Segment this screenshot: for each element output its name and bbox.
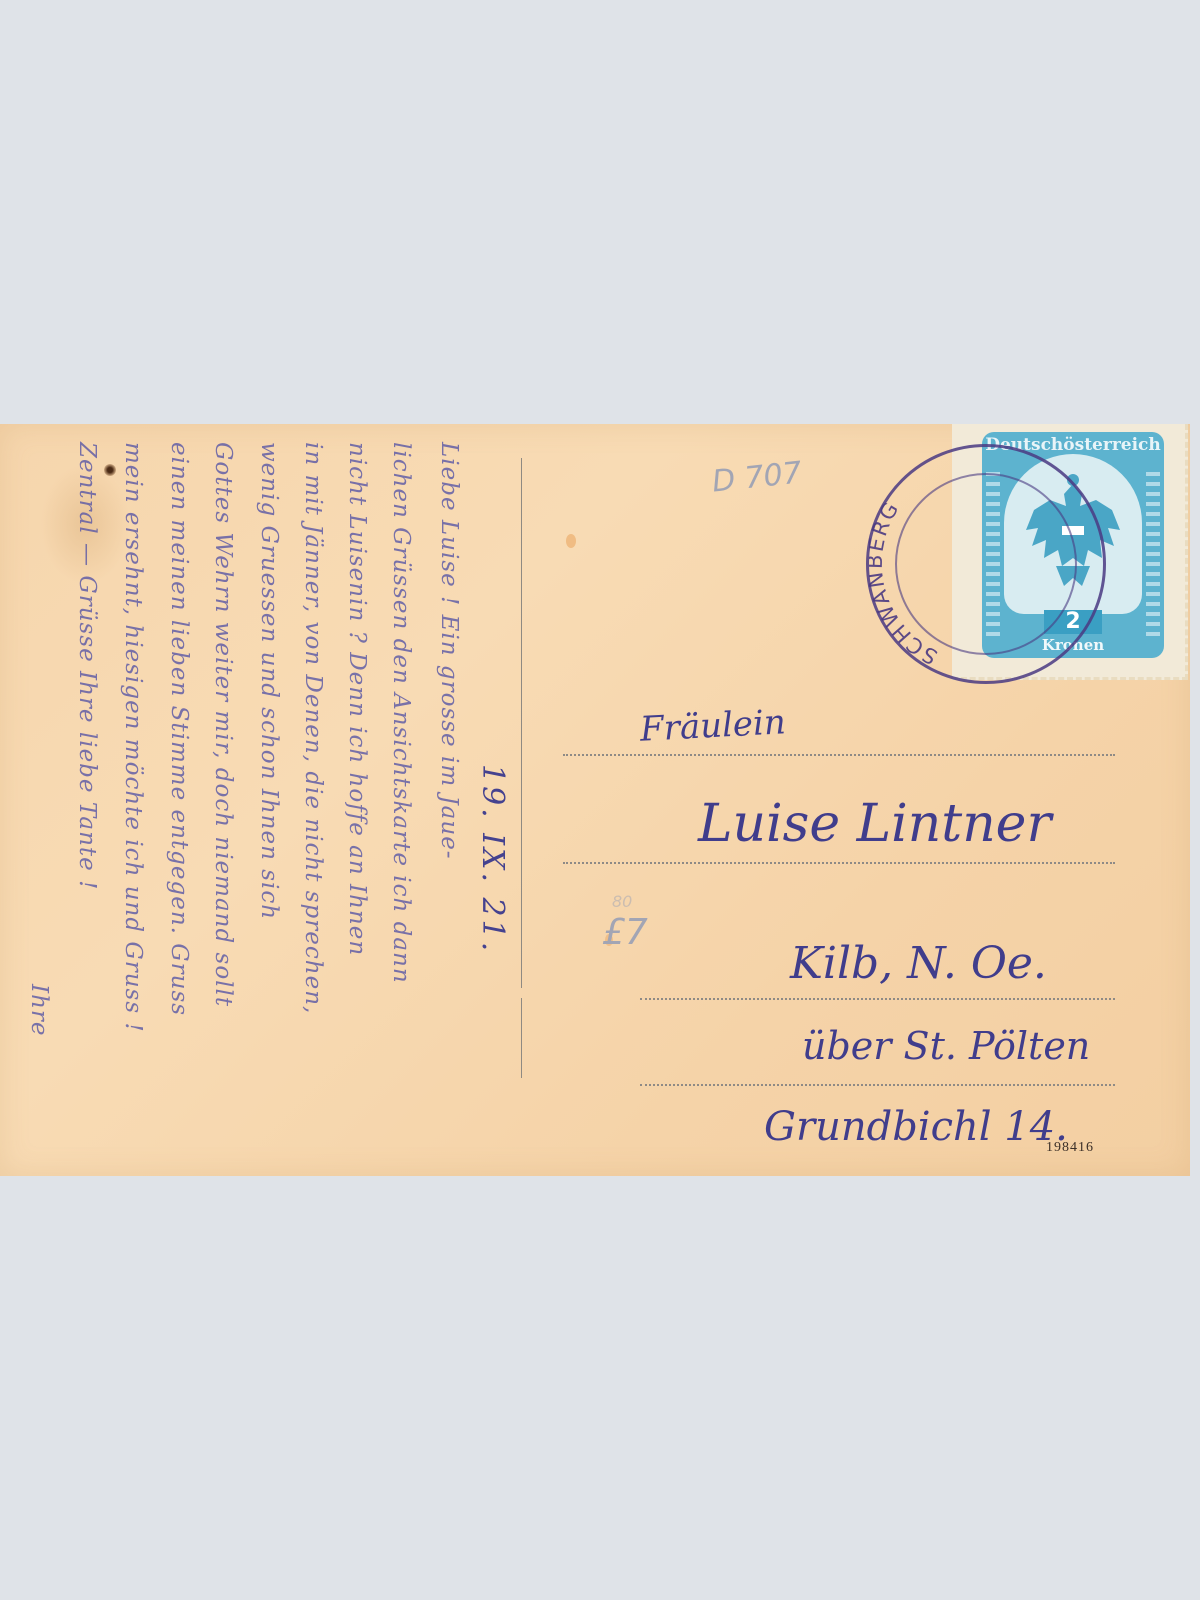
pencil-note-code: D 707 — [710, 455, 803, 499]
address-line — [563, 862, 1115, 864]
address-town: Kilb, N. Oe. — [790, 938, 1047, 989]
message-line: wenig Gruessen und schon Ihnen sich — [256, 442, 282, 1162]
address-line — [563, 754, 1115, 756]
card-divider — [521, 458, 522, 988]
message-line: in mit Jänner, von Denen, die nicht spre… — [300, 442, 326, 1162]
address-line — [640, 998, 1115, 1000]
message-line: lichen Grüssen den Ansichtskarte ich dan… — [388, 442, 414, 1162]
message-line: Liebe Luise ! Ein grosse im Jaue- — [436, 442, 462, 1162]
address-via: über St. Pölten — [802, 1024, 1090, 1068]
stamp-ornament — [1146, 472, 1160, 642]
address-line — [640, 1084, 1115, 1086]
postmark: SCHWANBERG — [866, 444, 1106, 684]
postcard: Liebe Luise ! Ein grosse im Jaue- lichen… — [0, 424, 1190, 1176]
message-line: mein ersehnt, hiesigen möchte ich und Gr… — [120, 442, 146, 1162]
message-line: Zentral — Grüsse Ihre liebe Tante ! — [74, 442, 100, 1162]
pencil-note-price: £7 — [602, 912, 648, 953]
address-salutation: Fräulein — [639, 702, 787, 750]
message-line: einen meinen lieben Stimme entgegen. Gru… — [166, 442, 192, 1162]
letter-date: 19. IX. 21. — [475, 764, 510, 954]
handwritten-message: Liebe Luise ! Ein grosse im Jaue- lichen… — [0, 424, 480, 1176]
svg-text:SCHWANBERG: SCHWANBERG — [869, 497, 941, 669]
postmark-place-text: SCHWANBERG — [869, 447, 1109, 687]
address-recipient-name: Luise Lintner — [698, 794, 1051, 854]
foxing-spot — [566, 534, 576, 548]
pencil-note-number: 80 — [612, 892, 632, 911]
message-line: nicht Luisenin ? Denn ich hoffe an Ihnen — [344, 442, 370, 1162]
signature: Ihre — [26, 984, 52, 1144]
address-street: Grundbichl 14. — [764, 1104, 1068, 1150]
card-divider — [521, 998, 522, 1078]
message-line: Gottes Wehrn weiter mir, doch niemand so… — [210, 442, 236, 1162]
serial-number: 198416 — [1046, 1140, 1094, 1156]
